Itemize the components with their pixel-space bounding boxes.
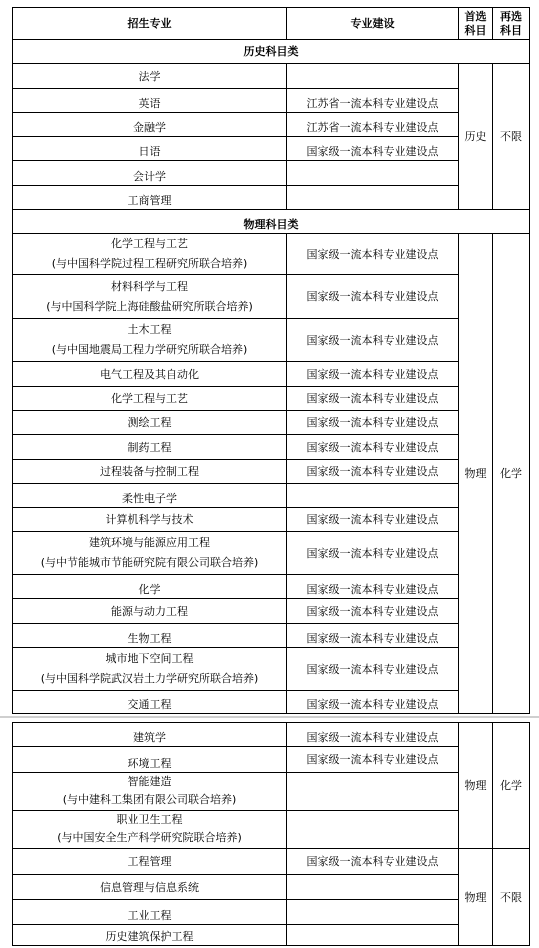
major-title: 城市地下空间工程 [13, 649, 286, 669]
table-row: 交通工程 国家级一流本科专业建设点 [13, 691, 530, 714]
major-name: 过程装备与控制工程 [13, 460, 287, 484]
major-name: 信息管理与信息系统 [13, 875, 287, 900]
major-name: 英语 [13, 89, 287, 113]
header-second-subject: 再选 科目 [493, 8, 530, 40]
table-row: 建筑环境与能源应用工程 (与中节能城市节能研究院有限公司联合培养) 国家级一流本… [13, 532, 530, 575]
major-name: 建筑学 [13, 723, 287, 747]
table-row: 化学 国家级一流本科专业建设点 [13, 575, 530, 599]
construction-status: 国家级一流本科专业建设点 [287, 624, 459, 648]
section-row-history: 历史科目类 [13, 40, 530, 64]
table-row: 土木工程 (与中国地震局工程力学研究所联合培养) 国家级一流本科专业建设点 [13, 319, 530, 362]
major-name: 工程管理 [13, 849, 287, 875]
header-second-subject-line2: 科目 [493, 24, 529, 38]
construction-status: 国家级一流本科专业建设点 [287, 691, 459, 714]
major-name: 化学工程与工艺 (与中国科学院过程工程研究所联合培养) [13, 234, 287, 275]
construction-status: 国家级一流本科专业建设点 [287, 362, 459, 387]
major-name: 日语 [13, 137, 287, 161]
major-name: 制药工程 [13, 435, 287, 460]
major-name: 土木工程 (与中国地震局工程力学研究所联合培养) [13, 319, 287, 362]
construction-status: 国家级一流本科专业建设点 [287, 599, 459, 624]
table-row: 职业卫生工程 (与中国安全生产科学研究院联合培养) [13, 811, 530, 849]
major-title: 智能建造 [13, 773, 286, 790]
first-subject-physics-cont: 物理 [459, 723, 493, 849]
major-title: 化学工程与工艺 [13, 234, 286, 254]
major-name: 城市地下空间工程 (与中国科学院武汉岩土力学研究所联合培养) [13, 648, 287, 691]
major-name: 会计学 [13, 161, 287, 186]
second-subject-history: 不限 [493, 64, 530, 210]
major-note: (与中国科学院过程工程研究所联合培养) [13, 254, 286, 274]
table-row: 城市地下空间工程 (与中国科学院武汉岩土力学研究所联合培养) 国家级一流本科专业… [13, 648, 530, 691]
major-name: 化学 [13, 575, 287, 599]
table-row: 电气工程及其自动化 国家级一流本科专业建设点 [13, 362, 530, 387]
table-row: 信息管理与信息系统 [13, 875, 530, 900]
page-separator [0, 716, 539, 718]
table-row: 英语 江苏省一流本科专业建设点 [13, 89, 530, 113]
section-row-physics: 物理科目类 [13, 210, 530, 234]
table-row: 工程管理 国家级一流本科专业建设点 物理 不限 [13, 849, 530, 875]
construction-status: 江苏省一流本科专业建设点 [287, 89, 459, 113]
construction-status: 国家级一流本科专业建设点 [287, 460, 459, 484]
table-row: 生物工程 国家级一流本科专业建设点 [13, 624, 530, 648]
construction-status: 国家级一流本科专业建设点 [287, 723, 459, 747]
table-row: 环境工程 国家级一流本科专业建设点 [13, 747, 530, 773]
header-first-subject-line1: 首选 [459, 10, 492, 24]
first-subject-physics-any: 物理 [459, 849, 493, 946]
first-subject-history: 历史 [459, 64, 493, 210]
table-row: 计算机科学与技术 国家级一流本科专业建设点 [13, 508, 530, 532]
header-first-subject-line2: 科目 [459, 24, 492, 38]
construction-status: 江苏省一流本科专业建设点 [287, 113, 459, 137]
first-subject-physics: 物理 [459, 234, 493, 714]
construction-status [287, 811, 459, 849]
second-subject-physics: 化学 [493, 234, 530, 714]
major-name: 法学 [13, 64, 287, 89]
table-row: 化学工程与工艺 国家级一流本科专业建设点 [13, 387, 530, 411]
construction-status: 国家级一流本科专业建设点 [287, 532, 459, 575]
construction-status: 国家级一流本科专业建设点 [287, 275, 459, 319]
construction-status: 国家级一流本科专业建设点 [287, 435, 459, 460]
table-row: 化学工程与工艺 (与中国科学院过程工程研究所联合培养) 国家级一流本科专业建设点… [13, 234, 530, 275]
major-note: (与中建科工集团有限公司联合培养) [13, 790, 286, 810]
header-major: 招生专业 [13, 8, 287, 40]
construction-status: 国家级一流本科专业建设点 [287, 849, 459, 875]
major-note: (与中国科学院武汉岩土力学研究所联合培养) [13, 669, 286, 689]
table-row: 法学 历史 不限 [13, 64, 530, 89]
construction-status [287, 186, 459, 210]
table-row: 测绘工程 国家级一流本科专业建设点 [13, 411, 530, 435]
construction-status [287, 773, 459, 811]
table-row: 柔性电子学 [13, 484, 530, 508]
header-row: 招生专业 专业建设 首选 科目 再选 科目 [13, 8, 530, 40]
table-row: 工商管理 [13, 186, 530, 210]
construction-status [287, 484, 459, 508]
major-title: 建筑环境与能源应用工程 [13, 533, 286, 553]
admission-majors-table: 招生专业 专业建设 首选 科目 再选 科目 历史科目类 法学 历史 不限 英语 … [12, 7, 530, 714]
major-name: 计算机科学与技术 [13, 508, 287, 532]
construction-status: 国家级一流本科专业建设点 [287, 508, 459, 532]
major-name: 柔性电子学 [13, 484, 287, 508]
table-row: 过程装备与控制工程 国家级一流本科专业建设点 [13, 460, 530, 484]
construction-status: 国家级一流本科专业建设点 [287, 575, 459, 599]
table-row: 会计学 [13, 161, 530, 186]
header-construction: 专业建设 [287, 8, 459, 40]
table-row: 建筑学 国家级一流本科专业建设点 物理 化学 [13, 723, 530, 747]
admission-majors-table-continued: 建筑学 国家级一流本科专业建设点 物理 化学 环境工程 国家级一流本科专业建设点… [12, 722, 530, 946]
major-title: 材料科学与工程 [13, 277, 286, 297]
major-name: 金融学 [13, 113, 287, 137]
header-second-subject-line1: 再选 [493, 10, 529, 24]
construction-status: 国家级一流本科专业建设点 [287, 747, 459, 773]
major-name: 职业卫生工程 (与中国安全生产科学研究院联合培养) [13, 811, 287, 849]
construction-status: 国家级一流本科专业建设点 [287, 319, 459, 362]
construction-status [287, 161, 459, 186]
major-name: 建筑环境与能源应用工程 (与中节能城市节能研究院有限公司联合培养) [13, 532, 287, 575]
major-name: 材料科学与工程 (与中国科学院上海硅酸盐研究所联合培养) [13, 275, 287, 319]
major-name: 历史建筑保护工程 [13, 925, 287, 946]
major-note: (与中节能城市节能研究院有限公司联合培养) [13, 553, 286, 573]
major-name: 电气工程及其自动化 [13, 362, 287, 387]
table-row: 历史建筑保护工程 [13, 925, 530, 946]
major-name: 环境工程 [13, 747, 287, 773]
table-row: 金融学 江苏省一流本科专业建设点 [13, 113, 530, 137]
table-row: 日语 国家级一流本科专业建设点 [13, 137, 530, 161]
construction-status: 国家级一流本科专业建设点 [287, 648, 459, 691]
major-name: 能源与动力工程 [13, 599, 287, 624]
table-row: 智能建造 (与中建科工集团有限公司联合培养) [13, 773, 530, 811]
major-name: 工商管理 [13, 186, 287, 210]
major-name: 智能建造 (与中建科工集团有限公司联合培养) [13, 773, 287, 811]
construction-status: 国家级一流本科专业建设点 [287, 137, 459, 161]
table-row: 制药工程 国家级一流本科专业建设点 [13, 435, 530, 460]
major-title: 职业卫生工程 [13, 811, 286, 828]
major-name: 工业工程 [13, 900, 287, 925]
second-subject-physics-cont: 化学 [493, 723, 530, 849]
major-name: 交通工程 [13, 691, 287, 714]
table-row: 工业工程 [13, 900, 530, 925]
major-note: (与中国安全生产科学研究院联合培养) [13, 828, 286, 848]
major-note: (与中国科学院上海硅酸盐研究所联合培养) [13, 297, 286, 317]
construction-status [287, 64, 459, 89]
construction-status: 国家级一流本科专业建设点 [287, 234, 459, 275]
major-name: 化学工程与工艺 [13, 387, 287, 411]
major-note: (与中国地震局工程力学研究所联合培养) [13, 340, 286, 360]
construction-status [287, 925, 459, 946]
section-title-physics: 物理科目类 [13, 210, 530, 234]
second-subject-physics-any: 不限 [493, 849, 530, 946]
construction-status [287, 875, 459, 900]
table-row: 材料科学与工程 (与中国科学院上海硅酸盐研究所联合培养) 国家级一流本科专业建设… [13, 275, 530, 319]
table-row: 能源与动力工程 国家级一流本科专业建设点 [13, 599, 530, 624]
header-first-subject: 首选 科目 [459, 8, 493, 40]
construction-status: 国家级一流本科专业建设点 [287, 387, 459, 411]
major-name: 生物工程 [13, 624, 287, 648]
major-title: 土木工程 [13, 320, 286, 340]
section-title-history: 历史科目类 [13, 40, 530, 64]
major-name: 测绘工程 [13, 411, 287, 435]
construction-status [287, 900, 459, 925]
construction-status: 国家级一流本科专业建设点 [287, 411, 459, 435]
